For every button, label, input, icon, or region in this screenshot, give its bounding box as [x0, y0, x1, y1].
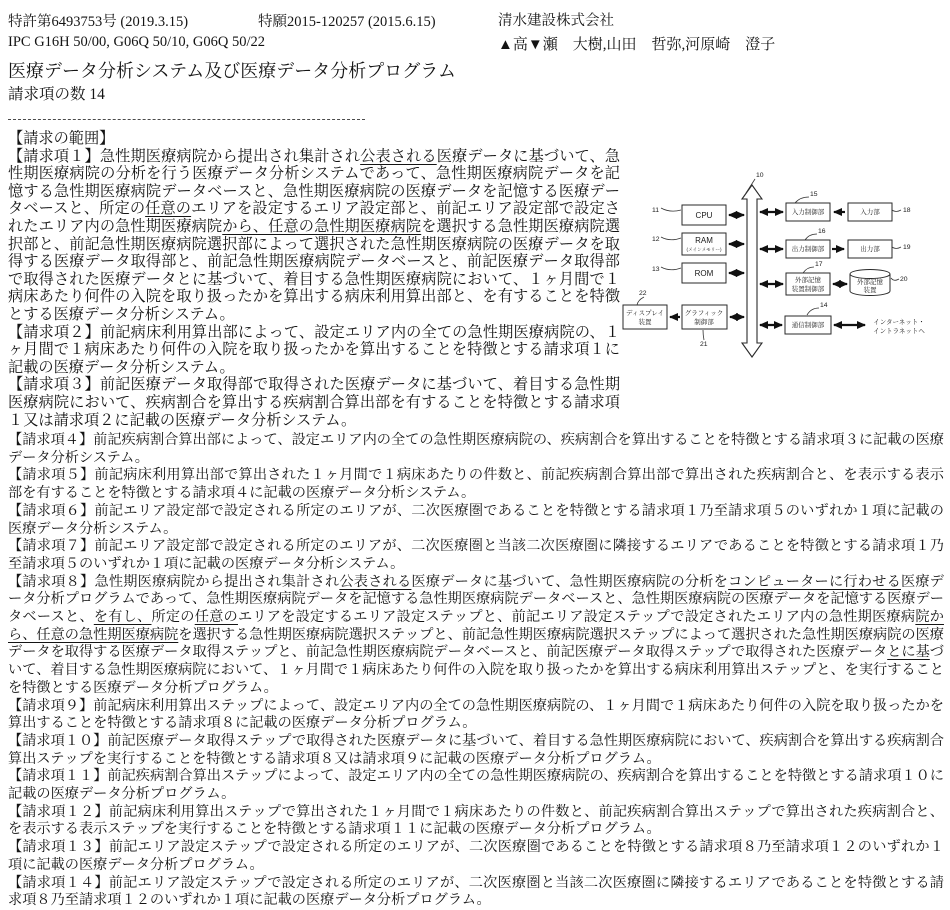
claims-section-narrow: 【請求の範囲】 【請求項１】急性期医療病院から提出され集計され公表される医療デー… [8, 130, 620, 429]
claim-paragraph: 【請求項１０】前記医療データ取得ステップで取得された医療データに基づいて、着目す… [8, 733, 944, 768]
claim-text: 前記医療データ取得ステップで取得された医療データに基づいて、着目する急性期医療病… [8, 733, 944, 767]
claim-text: 前記疾病割合算出部によって、設定エリア内の全ての急性期医療病院の、疾病割合を算出… [8, 432, 944, 466]
claim-number-label: 【請求項４】 [8, 432, 93, 448]
ext-storage-leader [891, 278, 899, 280]
claim-text: 前記病床利用算出部で算出された１ヶ月間で１病床あたりの件数と、前記疾病割合算出部… [8, 467, 944, 501]
input-controller-leader [795, 197, 809, 203]
patent-gazette-page: { "header": { "patent_no": "特許第6493753号 … [0, 0, 950, 910]
graphic-leader [703, 330, 704, 340]
ref-num-11: 11 [652, 207, 659, 214]
claim-number-label: 【請求項５】 [8, 467, 94, 483]
system-bus-shape [742, 185, 762, 357]
claims-1-3: 【請求項１】急性期医療病院から提出され集計され公表される医療データに基づいて、急… [8, 148, 620, 430]
claim-paragraph: 【請求項２】前記病床利用算出部によって、設定エリア内の全ての急性期医療病院の、１… [8, 324, 620, 377]
claim-number-label: 【請求項１１】 [8, 768, 107, 784]
patent-number: 特許第6493753号 (2019.3.15) [8, 10, 188, 31]
claims-4-14: 【請求項４】前記疾病割合算出部によって、設定エリア内の全ての急性期医療病院の、疾… [8, 432, 944, 910]
output-unit-label: 出力部 [860, 244, 880, 253]
internet-label-1: インターネット・ [873, 317, 924, 326]
claim-text: 医療データに基づいて、急性期医療病院の分析を [411, 574, 728, 590]
external-storage-controller-label-1: 外部記憶 [795, 275, 822, 284]
ref-num-18: 18 [903, 207, 911, 214]
claim-paragraph: 【請求項１２】前記病床利用算出ステップで算出された１ヶ月間で１病床あたりの件数と… [8, 804, 944, 839]
application-number: 特願2015-120257 (2015.6.15) [258, 10, 436, 31]
claim-text-underlined: から、任意の急性期医療病院 [222, 218, 421, 235]
claim-text-underlined: 任意の [145, 200, 191, 217]
claims-count: 請求項の数 14 [8, 82, 105, 104]
ram-label: RAM [695, 236, 713, 245]
system-block-diagram: 10 CPU 11 RAM (メインメモリー) 12 ROM 13 ディスプレイ… [608, 148, 950, 380]
claim-text: 前記病床利用算出ステップによって、設定エリア内の全ての急性期医療病院の、１ヶ月間… [8, 698, 944, 732]
claim-text: 前記病床利用算出ステップで算出された１ヶ月間で１病床あたりの件数と、前記疾病割合… [8, 804, 944, 838]
claim-paragraph: 【請求項１】急性期医療病院から提出され集計され公表される医療データに基づいて、急… [8, 148, 620, 324]
claim-text: 前記医療データ取得部で取得された医療データに基づいて、着目する急性期医療病院にお… [8, 376, 620, 428]
internet-label-2: イントラネットへ [873, 327, 925, 335]
rom-leader [661, 267, 681, 270]
ref-num-10: 10 [756, 172, 764, 179]
claim-text: 急性期医療病院から提出され集計され [100, 148, 360, 165]
claim-paragraph: 【請求項１４】前記エリア設定ステップで設定される所定のエリアが、二次医療圏と当該… [8, 875, 944, 910]
ref-num-19: 19 [903, 244, 911, 251]
ref-num-22: 22 [639, 290, 647, 297]
display-label-2: 装置 [639, 317, 653, 326]
ipc-codes: IPC G16H 50/00, G06Q 50/10, G06Q 50/22 [8, 34, 265, 51]
external-storage-controller-label-2: 装置制御部 [792, 284, 825, 293]
claim-text: 所定の [151, 609, 194, 625]
cpu-leader [661, 208, 681, 211]
claim-paragraph: 【請求項９】前記病床利用算出ステップによって、設定エリア内の全ての急性期医療病院… [8, 698, 944, 733]
claim-paragraph: 【請求項７】前記エリア設定部で設定される所定のエリアが、二次医療圏と当該二次医療… [8, 538, 944, 573]
ext-controller-leader [803, 267, 814, 273]
display-label-1: ディスプレイ [626, 309, 664, 317]
claims-section-wide: 【請求項４】前記疾病割合算出部によって、設定エリア内の全ての急性期医療病院の、疾… [8, 432, 944, 910]
ref-num-16: 16 [818, 228, 826, 235]
claim-paragraph: 【請求項８】急性期医療病院から提出され集計され公表される医療データに基づいて、急… [8, 574, 944, 698]
claim-text-underlined: を有し、 [94, 609, 152, 625]
claim-number-label: 【請求項１０】 [8, 733, 107, 749]
claim-text-underlined: 任意の [195, 609, 238, 625]
input-unit-leader [892, 210, 901, 212]
claim-text: 前記疾病割合算出ステップによって、設定エリア内の全ての急性期医療病院の、疾病割合… [8, 768, 944, 802]
ref-num-17: 17 [815, 261, 823, 268]
claim-text: 前記エリア設定ステップで設定される所定のエリアが、二次医療圏と当該二次医療圏に隣… [8, 875, 944, 909]
ref-num-12: 12 [652, 236, 660, 243]
input-unit-label: 入力部 [860, 207, 880, 216]
claim-number-label: 【請求項１３】 [8, 839, 109, 855]
output-controller-label: 出力制御部 [792, 244, 825, 253]
claim-number-label: 【請求項７】 [8, 538, 94, 554]
cpu-label: CPU [696, 211, 713, 220]
ref-num-14: 14 [820, 302, 828, 309]
claim-number-label: 【請求項１】 [8, 148, 100, 165]
claim-text-underlined: コンピューターに行わせる [728, 574, 901, 590]
claim-number-label: 【請求項１４】 [8, 875, 109, 891]
claim-text: 前記エリア設定部で設定される所定のエリアが、二次医療圏と当該二次医療圏に隣接する… [8, 538, 944, 572]
claim-number-label: 【請求項８】 [8, 574, 94, 590]
claim-paragraph: 【請求項３】前記医療データ取得部で取得された医療データに基づいて、着目する急性期… [8, 376, 620, 429]
ref-num-13: 13 [652, 266, 660, 273]
claim-text: 急性期医療病院から提出され集計され [94, 574, 339, 590]
ref-num-15: 15 [810, 191, 818, 198]
claim-text: エリアを設定するエリア設定ステップと、前記エリア設定ステップで設定されたエリア内… [238, 609, 915, 625]
claim-number-label: 【請求項３】 [8, 376, 100, 393]
claim-number-label: 【請求項２】 [8, 324, 100, 341]
display-leader [637, 297, 644, 305]
output-unit-leader [892, 247, 901, 249]
graphic-controller-label-2: 制御部 [694, 317, 714, 326]
block-diagram-svg: 10 CPU 11 RAM (メインメモリー) 12 ROM 13 ディスプレイ… [608, 148, 950, 380]
claim-number-label: 【請求項１２】 [8, 804, 109, 820]
claims-section-title: 【請求の範囲】 [8, 130, 620, 148]
output-controller-leader [805, 234, 817, 240]
comm-controller-label: 通信制御部 [792, 320, 825, 329]
rom-label: ROM [695, 269, 714, 278]
assignee-name: 清水建設株式会社 [498, 9, 614, 30]
external-storage-label-2: 装置 [864, 285, 878, 294]
comm-controller-leader [807, 308, 819, 315]
external-storage-label-1: 外部記憶 [857, 277, 884, 286]
claim-paragraph: 【請求項６】前記エリア設定部で設定される所定のエリアが、二次医療圏であることを特… [8, 503, 944, 538]
graphic-controller-label-1: グラフィック [685, 309, 723, 317]
claim-paragraph: 【請求項１１】前記疾病割合算出ステップによって、設定エリア内の全ての急性期医療病… [8, 768, 944, 803]
ref-num-20: 20 [900, 276, 908, 283]
ref-num-21: 21 [700, 341, 708, 348]
claim-paragraph: 【請求項５】前記病床利用算出部で算出された１ヶ月間で１病床あたりの件数と、前記疾… [8, 467, 944, 502]
claim-text-underlined: とに基 [887, 644, 930, 660]
claim-text-underlined: 公表される [339, 574, 411, 590]
inventor-names: ▲高▼瀬 大樹,山田 哲弥,河原崎 澄子 [498, 33, 775, 54]
claim-text-underlined: 公表される [360, 148, 437, 165]
input-controller-label: 入力制御部 [792, 207, 825, 216]
invention-title: 医療データ分析システム及び医療データ分析プログラム [8, 57, 456, 83]
claim-text: 前記エリア設定ステップで設定される所定のエリアが、二次医療圏であることを特徴とす… [8, 839, 944, 873]
separator-dashed-line [8, 119, 365, 120]
claim-number-label: 【請求項９】 [8, 698, 93, 714]
claim-number-label: 【請求項６】 [8, 503, 94, 519]
claim-paragraph: 【請求項４】前記疾病割合算出部によって、設定エリア内の全ての急性期医療病院の、疾… [8, 432, 944, 467]
claim-text: 前記エリア設定部で設定される所定のエリアが、二次医療圏であることを特徴とする請求… [8, 503, 944, 537]
claim-text: 前記病床利用算出部によって、設定エリア内の全ての急性期医療病院の、１ヶ月間で１病… [8, 324, 620, 376]
claim-paragraph: 【請求項１３】前記エリア設定ステップで設定される所定のエリアが、二次医療圏である… [8, 839, 944, 874]
ram-leader [661, 237, 681, 240]
